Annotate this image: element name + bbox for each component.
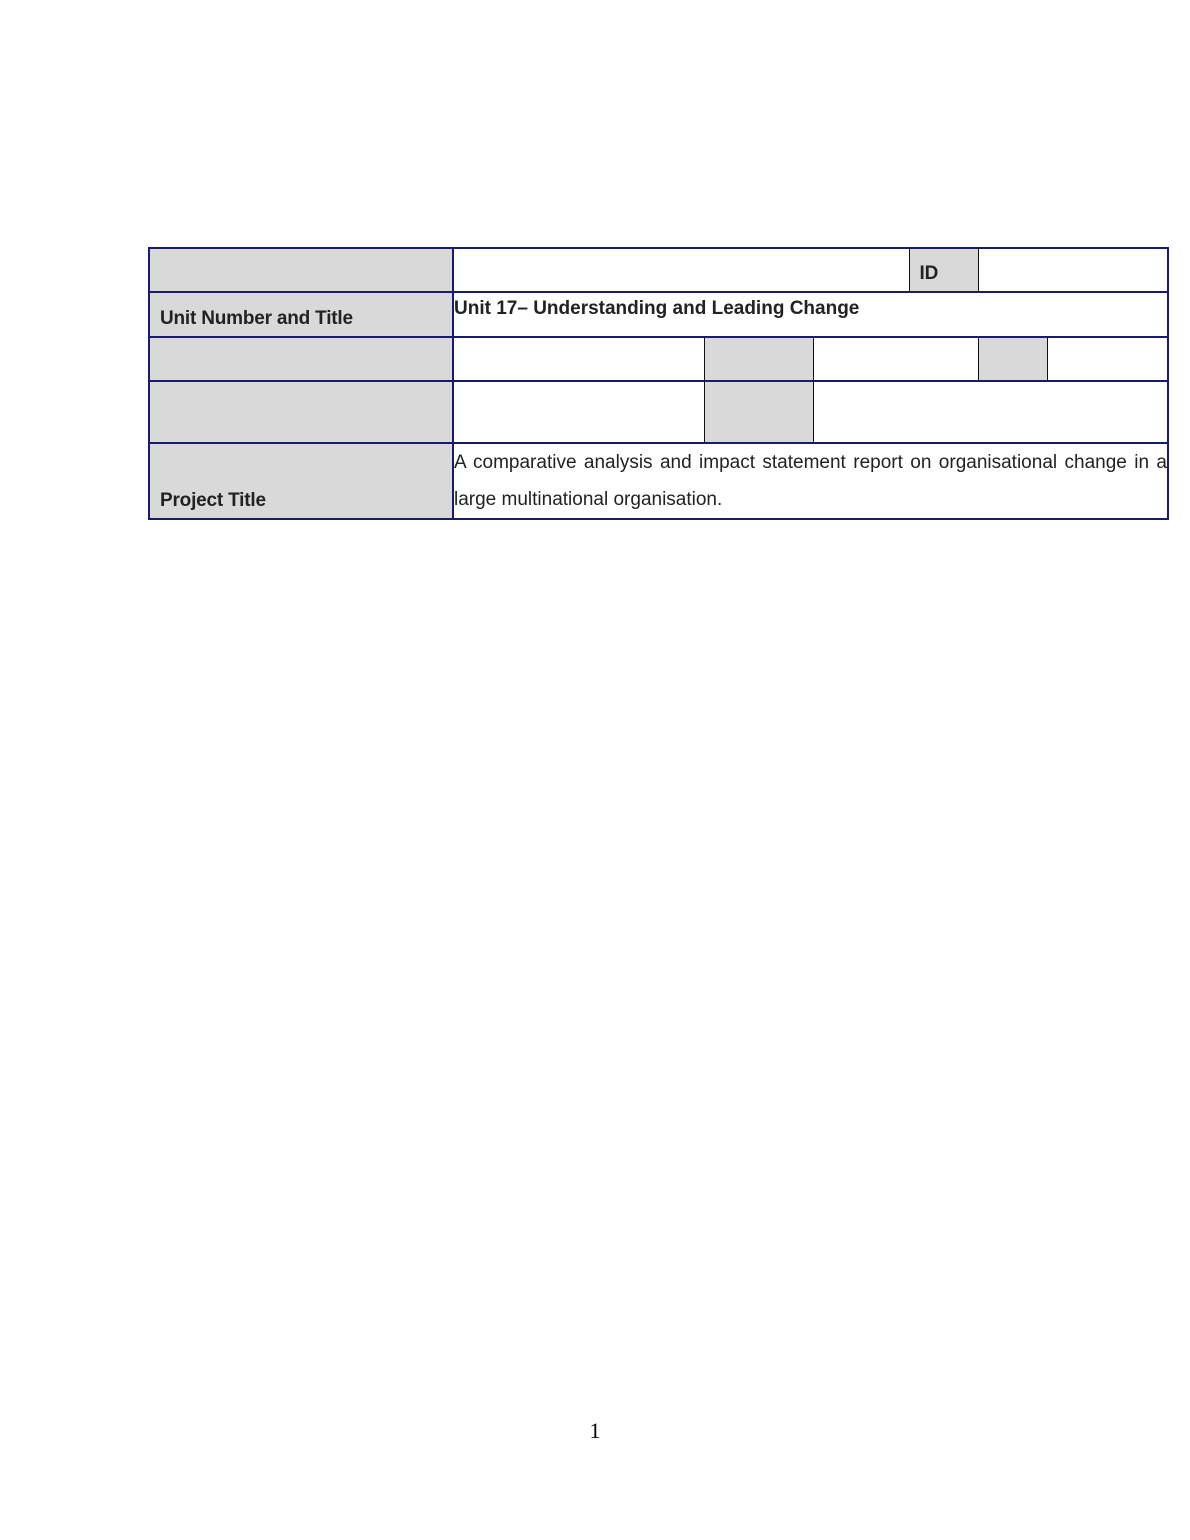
id-value [978,248,1168,292]
page-number: 1 [0,1418,1190,1444]
row3-label-b [704,337,813,381]
row3-value-b [813,337,978,381]
unit-number-title-value: Unit 17– Understanding and Leading Chang… [453,292,1168,337]
project-title-label: Project Title [149,443,453,519]
row3-value-a [453,337,704,381]
table-row: ID [149,248,1168,292]
row4-label [149,381,453,443]
document-page: ID Unit Number and Title Unit 17– Unders… [0,0,1190,1540]
row4-label-b [704,381,813,443]
row3-label [149,337,453,381]
table-row: Project Title A comparative analysis and… [149,443,1168,519]
row4-value-a [453,381,704,443]
row4-value-b [813,381,1168,443]
assignment-cover-table: ID Unit Number and Title Unit 17– Unders… [148,247,1169,520]
student-name-value [453,248,909,292]
table-row [149,381,1168,443]
table-row [149,337,1168,381]
student-name-label [149,248,453,292]
unit-number-title-label: Unit Number and Title [149,292,453,337]
id-label: ID [909,248,978,292]
row3-label-c [978,337,1047,381]
table-row: Unit Number and Title Unit 17– Understan… [149,292,1168,337]
row3-value-c [1047,337,1168,381]
project-title-value: A comparative analysis and impact statem… [453,443,1168,519]
